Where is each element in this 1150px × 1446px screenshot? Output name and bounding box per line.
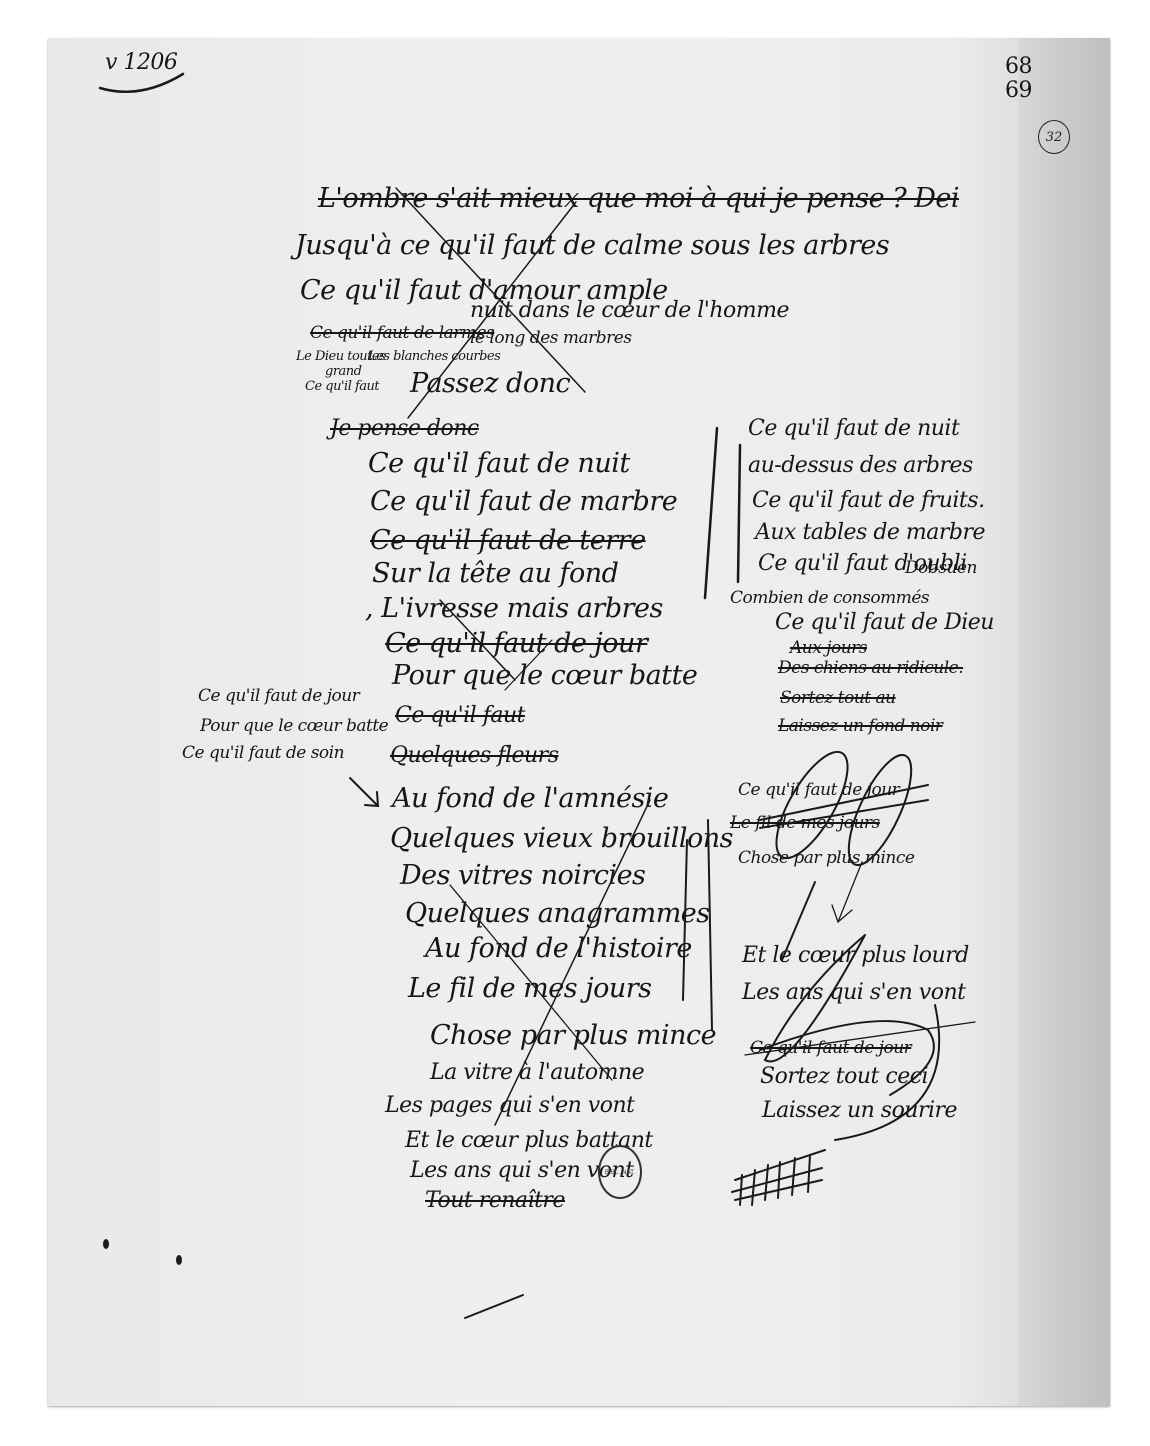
line-mid-18: Les pages qui s'en vont [385,1095,634,1117]
line-mid-17: La vitre à l'automne [430,1062,644,1084]
line-mid-10: Au fond de l'amnésie [392,785,668,812]
line-mid-0: Je pense donc [330,418,479,440]
line-top-4: Ce qu'il faut de larmes [310,325,494,342]
page-fold-shadow [1018,38,1110,1406]
line-mid-15: Le fil de mes jours [408,975,651,1002]
line-mid-2: Ce qu'il faut de marbre [370,488,677,515]
folio-number-68: 68 [1005,56,1032,78]
right-lower-2: Chose par plus mince [738,850,914,867]
line-top-1: Jusqu'à ce qu'il faut de calme sous les … [295,232,889,259]
right-lower-1: Le fil de mes jours [730,815,880,832]
margin-top-0: Le Dieu toutes [296,350,385,363]
right-lower-3: Et le cœur plus lourd [742,945,969,967]
line-mid-13: Quelques anagrammes [405,900,710,927]
line-top-5: le long des marbres [470,330,632,347]
line-mid-5: , L'ivresse mais arbres [365,595,663,622]
line-mid-12: Des vitres noircies [400,862,645,889]
line-mid-16: Chose par plus mince [430,1022,716,1049]
library-stamp: BIBL. NAT. [598,1145,642,1199]
right-upper-5: Dobsuen [905,560,977,577]
line-top-0: L'ombre s'ait mieux que moi à qui je pen… [318,185,959,212]
right-upper-6: Combien de consommés [730,590,929,607]
line-mid-6: Ce qu'il faut de jour [385,630,647,657]
margin-top-1: grand [325,365,361,378]
line-mid-14: Au fond de l'histoire [425,935,692,962]
line-mid-1: Ce qu'il faut de nuit [368,450,630,477]
line-mid-21: Tout renaître [425,1190,565,1212]
line-mid-4: Sur la tête au fond [372,560,618,587]
right-lower-7: Laissez un sourire [762,1100,957,1122]
right-lower-0: Ce qu'il faut de jour [738,782,899,799]
right-upper-8: Aux jours [790,640,867,657]
line-mid-11: Quelques vieux brouillons [390,825,733,852]
margin-top-2: Ce qu'il faut [305,380,379,393]
margin-insert-2: Ce qu'il faut de soin [182,745,344,762]
folio-number-69: 69 [1005,80,1032,102]
right-upper-2: Ce qu'il faut de fruits. [752,490,985,512]
line-mid-7: Pour que le cœur batte [392,662,697,689]
right-upper-11: Laissez un fond noir [778,718,943,735]
right-lower-6: Sortez tout ceci [760,1066,928,1088]
right-upper-7: Ce qu'il faut de Dieu [775,612,994,634]
line-top-6: Les blanches courbes [368,350,500,363]
right-lower-5: Ce qu'il faut de jour [750,1040,911,1057]
line-mid-9: Quelques fleurs [390,745,559,767]
right-upper-3: Aux tables de marbre [755,522,985,544]
right-lower-4: Les ans qui s'en vont [742,982,965,1004]
right-upper-0: Ce qu'il faut de nuit [748,418,959,440]
line-top-3: nuit dans le cœur de l'homme [470,300,789,322]
right-upper-10: Sortez tout au [780,690,896,707]
circled-page-number: 32 [1038,120,1070,154]
shelfmark: v 1206 [105,52,177,74]
right-upper-9: Des chiens au ridicule. [778,660,963,677]
line-mid-3: Ce qu'il faut de terre [370,527,646,554]
line-mid-8: Ce qu'il faut [395,705,525,727]
line-top-7: Passez donc [410,370,570,397]
margin-insert-0: Ce qu'il faut de jour [198,688,359,705]
right-upper-1: au-dessus des arbres [748,455,973,477]
margin-insert-1: Pour que le cœur batte [200,718,388,735]
